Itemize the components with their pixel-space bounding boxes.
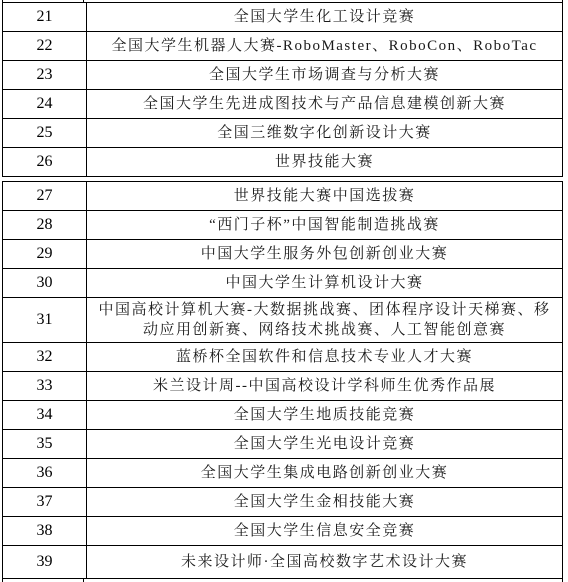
table-row: 34全国大学生地质技能竞赛 [3,401,563,430]
competition-table-section-1: 21全国大学生化工设计竞赛22全国大学生机器人大赛-RoboMaster、Rob… [2,2,563,177]
competition-name-cell: 蓝桥杯全国软件和信息技术专业人才大赛 [87,343,563,372]
table-row: 24全国大学生先进成图技术与产品信息建模创新大赛 [3,90,563,119]
table-row: 25全国三维数字化创新设计大赛 [3,119,563,148]
row-number-cell: 36 [3,459,87,488]
table-row: 31中国高校计算机大赛-大数据挑战赛、团体程序设计天梯赛、移动应用创新赛、网络技… [3,298,563,343]
table-row: 35全国大学生光电设计竞赛 [3,430,563,459]
table-row: 38全国大学生信息安全竞赛 [3,517,563,546]
table-partial-row-top [2,0,563,2]
row-number-cell: 22 [3,32,87,61]
row-number-cell: 27 [3,182,87,211]
table-row: 37全国大学生金相技能大赛 [3,488,563,517]
table-row: 32蓝桥杯全国软件和信息技术专业人才大赛 [3,343,563,372]
row-number-cell: 35 [3,430,87,459]
row-number-cell: 30 [3,269,87,298]
table-row: 28“西门子杯”中国智能制造挑战赛 [3,211,563,240]
competition-name-cell: 全国大学生先进成图技术与产品信息建模创新大赛 [87,90,563,119]
table-vertical-rule [2,0,3,2]
table-row: 23全国大学生市场调查与分析大赛 [3,61,563,90]
competition-name-cell: “西门子杯”中国智能制造挑战赛 [87,211,563,240]
competition-name-cell: 全国大学生市场调查与分析大赛 [87,61,563,90]
row-number-cell: 24 [3,90,87,119]
table-row: 29中国大学生服务外包创新创业大赛 [3,240,563,269]
row-number-cell: 28 [3,211,87,240]
table-row: 33米兰设计周--中国高校设计学科师生优秀作品展 [3,372,563,401]
row-number-cell: 21 [3,3,87,32]
competition-name-cell: 全国大学生信息安全竞赛 [87,517,563,546]
competition-name-cell: 未来设计师·全国高校数字艺术设计大赛 [87,546,563,579]
document-page: 21全国大学生化工设计竞赛22全国大学生机器人大赛-RoboMaster、Rob… [2,0,563,582]
competition-name-cell: 中国高校计算机大赛-大数据挑战赛、团体程序设计天梯赛、移动应用创新赛、网络技术挑… [87,298,563,343]
row-number-cell: 29 [3,240,87,269]
competition-name-cell: 全国大学生光电设计竞赛 [87,430,563,459]
competition-name-cell: 世界技能大赛 [87,148,563,177]
row-number-cell: 33 [3,372,87,401]
table-row: 22全国大学生机器人大赛-RoboMaster、RoboCon、RoboTac [3,32,563,61]
table-vertical-rule [562,0,563,2]
competition-name-cell: 全国大学生化工设计竞赛 [87,3,563,32]
row-number-cell: 25 [3,119,87,148]
competition-name-cell: 全国大学生地质技能竞赛 [87,401,563,430]
competition-name-cell: 世界技能大赛中国选拔赛 [87,182,563,211]
table-row: 26世界技能大赛 [3,148,563,177]
competition-name-cell: 全国大学生金相技能大赛 [87,488,563,517]
competition-table-section-2: 27世界技能大赛中国选拔赛28“西门子杯”中国智能制造挑战赛29中国大学生服务外… [2,181,563,579]
competition-name-cell: 中国大学生计算机设计大赛 [87,269,563,298]
table-row: 36全国大学生集成电路创新创业大赛 [3,459,563,488]
row-number-cell: 37 [3,488,87,517]
table-row: 27世界技能大赛中国选拔赛 [3,182,563,211]
row-number-cell: 31 [3,298,87,343]
table-row: 39未来设计师·全国高校数字艺术设计大赛 [3,546,563,579]
competition-name-cell: 米兰设计周--中国高校设计学科师生优秀作品展 [87,372,563,401]
table-row: 21全国大学生化工设计竞赛 [3,3,563,32]
row-number-cell: 32 [3,343,87,372]
competition-name-cell: 全国三维数字化创新设计大赛 [87,119,563,148]
row-number-cell: 34 [3,401,87,430]
row-number-cell: 23 [3,61,87,90]
row-number-cell: 26 [3,148,87,177]
competition-name-cell: 全国大学生机器人大赛-RoboMaster、RoboCon、RoboTac [87,32,563,61]
competition-name-cell: 全国大学生集成电路创新创业大赛 [87,459,563,488]
competition-name-cell: 中国大学生服务外包创新创业大赛 [87,240,563,269]
row-number-cell: 38 [3,517,87,546]
table-row: 30中国大学生计算机设计大赛 [3,269,563,298]
row-number-cell: 39 [3,546,87,579]
table-vertical-rule [83,0,84,2]
